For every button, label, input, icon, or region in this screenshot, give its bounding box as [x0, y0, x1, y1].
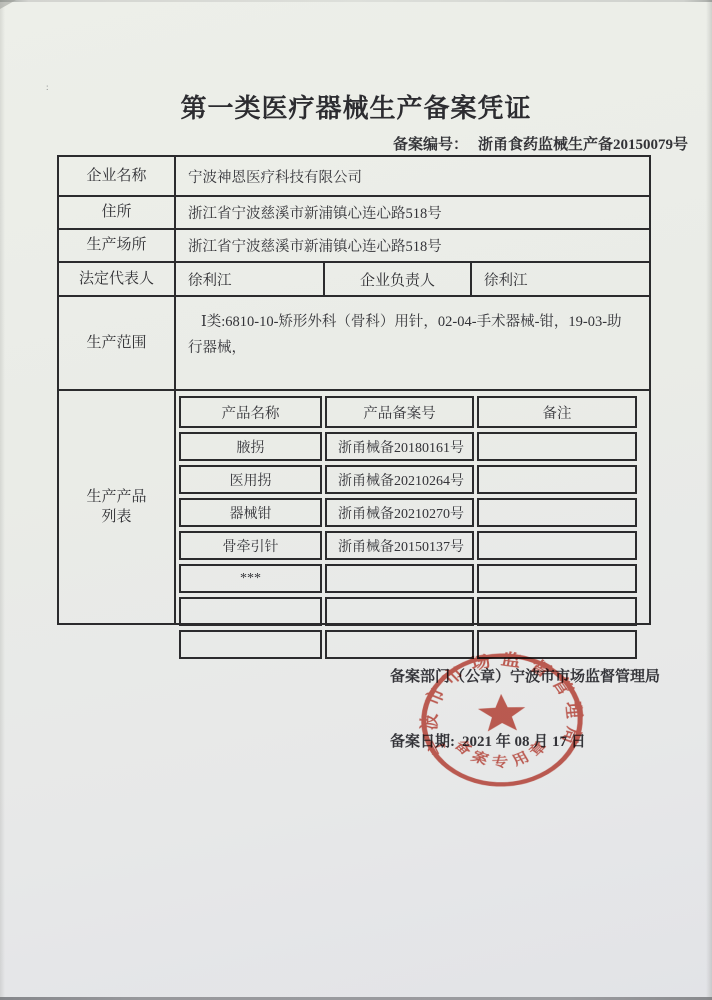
stamp-bottom-text: 备案专用章 [450, 734, 556, 772]
product-name: *** [179, 564, 322, 593]
record-number-value: 浙甬食药监械生产备20150079号 [478, 137, 688, 153]
scan-edge-right [706, 0, 712, 1000]
product-record-no: 浙甬械备20210270号 [325, 498, 474, 527]
site-label: 生产场所 [59, 230, 176, 261]
certificate-document: : 第一类医疗器械生产备案凭证 备案编号：浙甬食药监械生产备20150079号 … [0, 0, 712, 1000]
legal-rep-value: 徐利江 [176, 263, 325, 295]
legal-rep-label: 法定代表人 [59, 263, 176, 295]
official-seal-stamp: 宁波市市场监督管理局 备案专用章 [415, 647, 590, 793]
product-row: 腋拐 浙甬械备20180161号 [179, 432, 637, 461]
product-note [477, 564, 637, 593]
product-name [179, 630, 322, 659]
table-row-product-list: 生产产品 列表 产品名称 产品备案号 备注 腋拐 浙甬械备20180161号 [59, 391, 649, 623]
manager-label: 企业负责人 [325, 263, 472, 295]
table-row-production-scope: 生产范围 Ⅰ类:6810-10-矫形外科（骨科）用针，02-04-手术器械-钳，… [59, 297, 649, 391]
product-table: 产品名称 产品备案号 备注 腋拐 浙甬械备20180161号 医用拐 浙甬械备2… [179, 396, 637, 659]
product-record-no [325, 597, 474, 626]
table-row-representatives: 法定代表人 徐利江 企业负责人 徐利江 [59, 263, 649, 297]
scan-edge-left [0, 0, 5, 1000]
header-product-record-no: 产品备案号 [325, 396, 474, 428]
company-label: 企业名称 [59, 157, 176, 195]
product-name [179, 597, 322, 626]
product-note [477, 465, 637, 494]
product-table-header: 产品名称 产品备案号 备注 [179, 396, 637, 428]
record-number-line: 备案编号：浙甬食药监械生产备20150079号 [393, 133, 688, 154]
address-label: 住所 [59, 197, 176, 228]
product-record-no: 浙甬械备20180161号 [325, 432, 474, 461]
product-name: 医用拐 [179, 465, 322, 494]
product-name: 器械钳 [179, 498, 322, 527]
product-note [477, 432, 637, 461]
header-product-name: 产品名称 [179, 396, 322, 428]
product-note [477, 531, 637, 560]
record-number-label: 备案编号： [393, 137, 468, 153]
product-row: 骨牵引针 浙甬械备20150137号 [179, 531, 637, 560]
product-list-label-line1: 生产产品 [86, 489, 146, 505]
header-note: 备注 [477, 396, 637, 428]
scope-value: Ⅰ类:6810-10-矫形外科（骨科）用针，02-04-手术器械-钳，19-03… [176, 297, 649, 389]
scan-edge-top [0, 0, 712, 2]
certificate-table: 企业名称 宁波神恩医疗科技有限公司 住所 浙江省宁波慈溪市新浦镇心连心路518号… [57, 155, 651, 625]
scope-label: 生产范围 [59, 297, 176, 389]
product-table-area: 产品名称 产品备案号 备注 腋拐 浙甬械备20180161号 医用拐 浙甬械备2… [176, 391, 649, 623]
product-row: 器械钳 浙甬械备20210270号 [179, 498, 637, 527]
product-list-label-line2: 列表 [101, 509, 131, 525]
table-row-company: 企业名称 宁波神恩医疗科技有限公司 [59, 157, 649, 197]
company-value: 宁波神恩医疗科技有限公司 [176, 157, 649, 195]
product-record-no [325, 564, 474, 593]
product-row-empty [179, 597, 637, 626]
product-note [477, 498, 637, 527]
product-row: *** [179, 564, 637, 593]
product-list-label: 生产产品 列表 [59, 391, 176, 623]
manager-value: 徐利江 [472, 263, 649, 295]
address-value: 浙江省宁波慈溪市新浦镇心连心路518号 [176, 197, 649, 228]
table-row-production-site: 生产场所 浙江省宁波慈溪市新浦镇心连心路518号 [59, 230, 649, 263]
product-record-no: 浙甬械备20150137号 [325, 531, 474, 560]
site-value: 浙江省宁波慈溪市新浦镇心连心路518号 [176, 230, 649, 261]
product-row: 医用拐 浙甬械备20210264号 [179, 465, 637, 494]
star-icon [477, 693, 526, 732]
table-row-address: 住所 浙江省宁波慈溪市新浦镇心连心路518号 [59, 197, 649, 230]
page-title: 第一类医疗器械生产备案凭证 [0, 88, 712, 125]
product-note [477, 597, 637, 626]
product-name: 腋拐 [179, 432, 322, 461]
product-name: 骨牵引针 [179, 531, 322, 560]
product-record-no: 浙甬械备20210264号 [325, 465, 474, 494]
